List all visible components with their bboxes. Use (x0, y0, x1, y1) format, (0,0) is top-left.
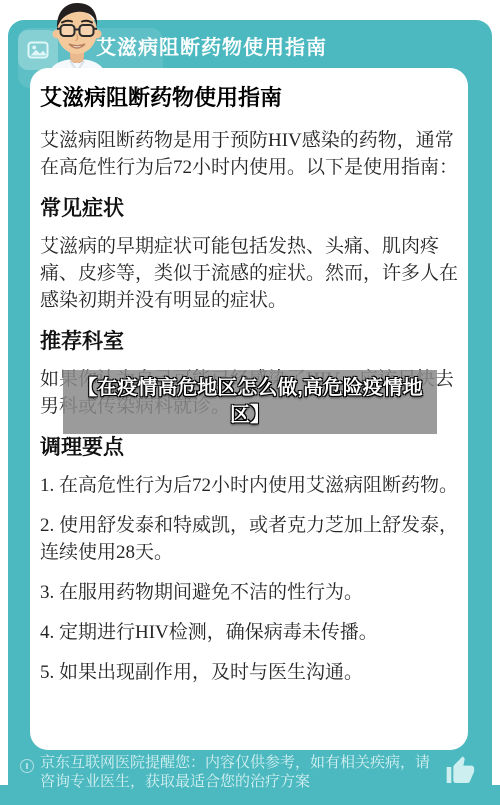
app-page: 艾滋病阻断药物使用指南 艾滋病阻断药物使用指南 艾滋病阻断药物是用于预防HIV感… (0, 0, 500, 805)
thumbs-up-icon[interactable] (444, 755, 476, 792)
care-point-item: 2. 使用舒发泰和特威凯，或者克力芝加上舒发泰，连续使用28天。 (40, 512, 458, 566)
disclaimer-footer: 京东互联网医院提醒您：内容仅供参考，如有相关疾病，请咨询专业医生，获取最适合您的… (20, 753, 488, 792)
section-heading-department: 推荐科室 (40, 328, 458, 355)
info-circle-icon (20, 759, 34, 773)
section-heading-care-points: 调理要点 (40, 434, 458, 461)
care-point-item: 5. 如果出现副作用，及时与医生沟通。 (40, 659, 458, 686)
watermark-overlay: 【在疫情高危地区怎么做,高危险疫情地区】 (63, 370, 437, 434)
care-point-item: 3. 在服用药物期间避免不洁的性行为。 (40, 579, 458, 606)
guide-header: 艾滋病阻断药物使用指南 (8, 20, 492, 68)
article-title: 艾滋病阻断药物使用指南 (40, 84, 458, 112)
section-heading-symptoms: 常见症状 (40, 195, 458, 222)
header-title: 艾滋病阻断药物使用指南 (96, 31, 327, 60)
care-point-item: 1. 在高危性行为后72小时内使用艾滋病阻断药物。 (40, 472, 458, 499)
disclaimer-text: 京东互联网医院提醒您：内容仅供参考，如有相关疾病，请咨询专业医生，获取最适合您的… (40, 753, 438, 791)
article-intro: 艾滋病阻断药物是用于预防HIV感染的药物，通常在高危性行为后72小时内使用。以下… (40, 127, 458, 181)
care-point-item: 4. 定期进行HIV检测，确保病毒未传播。 (40, 619, 458, 646)
section-body-symptoms: 艾滋病的早期症状可能包括发热、头痛、肌肉疼痛、皮疹等，类似于流感的症状。然而，许… (40, 233, 458, 314)
